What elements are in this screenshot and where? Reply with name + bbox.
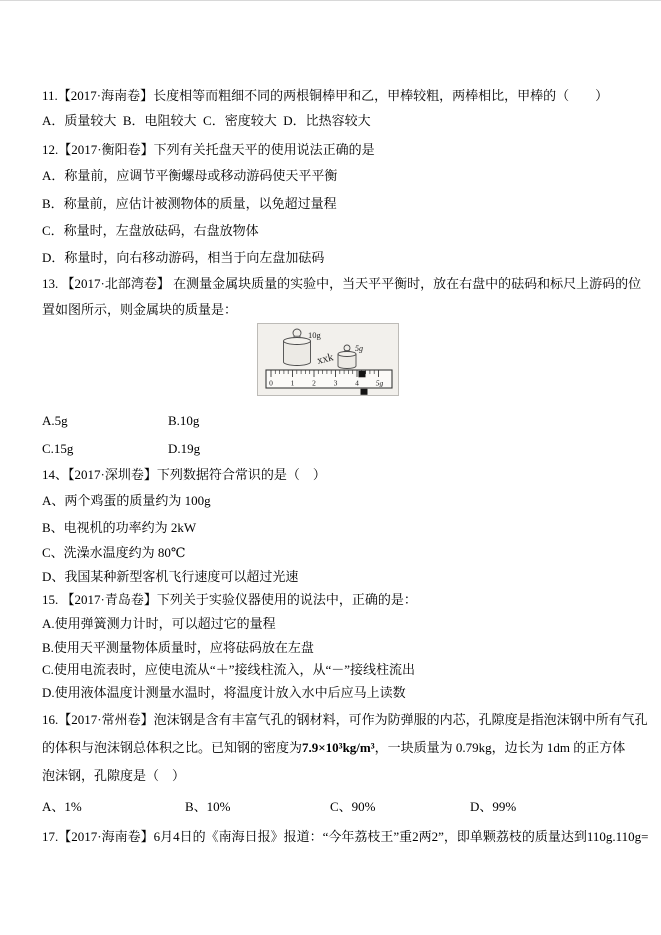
ruler-tick-label: 0 <box>269 379 273 388</box>
question-13-stem-line2: 置如图所示，则金属块的质量是： <box>42 302 237 318</box>
question-12-option-c: C．称量时，左盘放砝码，右盘放物体 <box>42 223 259 239</box>
question-11-options: A．质量较大 B．电阻较大 C．密度较大 D．比热容较大 <box>42 113 371 129</box>
question-14-option-a: A、两个鸡蛋的质量约为 100g <box>42 493 211 509</box>
question-15-option-a: A.使用弹簧测力计时，可以超过它的量程 <box>42 616 276 632</box>
ruler-tick-label: 1 <box>291 379 295 388</box>
ruler-tick-label: 2 <box>312 379 316 388</box>
question-13-figure: xxk 10g 5g 0 1 <box>257 323 399 396</box>
ruler-tick-label: 3 <box>334 379 338 388</box>
rider-bottom-marker <box>361 389 368 395</box>
question-16-option-d: D、99% <box>470 799 516 815</box>
question-15-option-d: D.使用液体温度计测量水温时，将温度计放入水中后应马上读数 <box>42 685 406 701</box>
figure-watermark: xxk <box>316 351 335 367</box>
question-13-option-a: A.5g <box>42 413 68 429</box>
question-12-option-a: A．称量前，应调节平衡螺母或移动游码使天平平衡 <box>42 168 337 184</box>
question-12-option-d: D．称量时，向右移动游码，相当于向左盘加砝码 <box>42 250 324 266</box>
question-16-option-a: A、1% <box>42 799 82 815</box>
question-16-stem-line2: 的体积与泡沫钢总体积之比。已知钢的密度为7.9×10³kg/m³，一块质量为 0… <box>42 740 625 756</box>
question-12-option-b: B．称量前，应估计被测物体的质量，以免超过量程 <box>42 196 337 212</box>
ruler-tick-label: 4 <box>355 379 359 388</box>
rider-top-marker <box>359 371 366 378</box>
question-15-stem: 15. 【2017·青岛卷】下列关于实验仪器使用的说法中，正确的是： <box>42 592 417 608</box>
question-13-stem-line1: 13. 【2017·北部湾卷】 在测量金属块质量的实验中，当天平平衡时，放在右盘… <box>42 276 641 292</box>
question-11-stem: 11.【2017·海南卷】长度相等而粗细不同的两根铜棒甲和乙，甲棒较粗，两棒相比… <box>42 88 608 104</box>
question-14-option-d: D、我国某种新型客机飞行速度可以超过光速 <box>42 569 298 585</box>
question-14-stem: 14、【2017·深圳卷】下列数据符合常识的是（ ） <box>42 467 326 483</box>
question-13-option-c: C.15g <box>42 441 73 457</box>
page-top-edge <box>0 0 661 1</box>
question-14-option-b: B、电视机的功率约为 2kW <box>42 520 196 536</box>
question-13-option-b: B.10g <box>168 413 199 429</box>
question-12-stem: 12.【2017·衡阳卷】下列有关托盘天平的使用说法正确的是 <box>42 142 375 158</box>
ruler-tick-label: 5g <box>376 379 384 388</box>
weight-10g-icon <box>284 329 311 365</box>
q16-density-post: ，一块质量为 0.79kg，边长为 1dm 的正方体 <box>375 740 626 755</box>
question-16-stem-line1: 16.【2017·常州卷】泡沫钢是含有丰富气孔的钢材料，可作为防弹服的内芯，孔隙… <box>42 712 648 728</box>
document-page: 11.【2017·海南卷】长度相等而粗细不同的两根铜棒甲和乙，甲棒较粗，两棒相比… <box>0 0 661 935</box>
weight-5g-label: 5g <box>355 344 363 353</box>
question-16-stem-line3: 泡沫钢，孔隙度是（ ） <box>42 768 185 784</box>
question-15-option-c: C.使用电流表时，应使电流从“＋”接线柱流入，从“－”接线柱流出 <box>42 662 415 678</box>
question-14-option-c: C、洗澡水温度约为 80℃ <box>42 545 185 561</box>
ruler: 0 1 2 3 4 5g <box>266 370 392 388</box>
weight-10g-label: 10g <box>308 330 322 340</box>
question-16-option-c: C、90% <box>330 799 376 815</box>
question-17-stem: 17.【2017·海南卷】6月4日的《南海日报》报道：“今年荔枝王”重2两2”，… <box>42 829 649 845</box>
q16-density-pre: 的体积与泡沫钢总体积之比。已知钢的密度为 <box>42 740 302 755</box>
weight-5g-icon <box>338 345 356 369</box>
question-15-option-b: B.使用天平测量物体质量时，应将砝码放在左盘 <box>42 640 314 656</box>
question-13-option-d: D.19g <box>168 441 200 457</box>
balance-scale-figure: xxk 10g 5g 0 1 <box>258 324 398 395</box>
q16-density-value: 7.9×10³kg/m³ <box>302 740 375 755</box>
question-16-option-b: B、10% <box>185 799 231 815</box>
